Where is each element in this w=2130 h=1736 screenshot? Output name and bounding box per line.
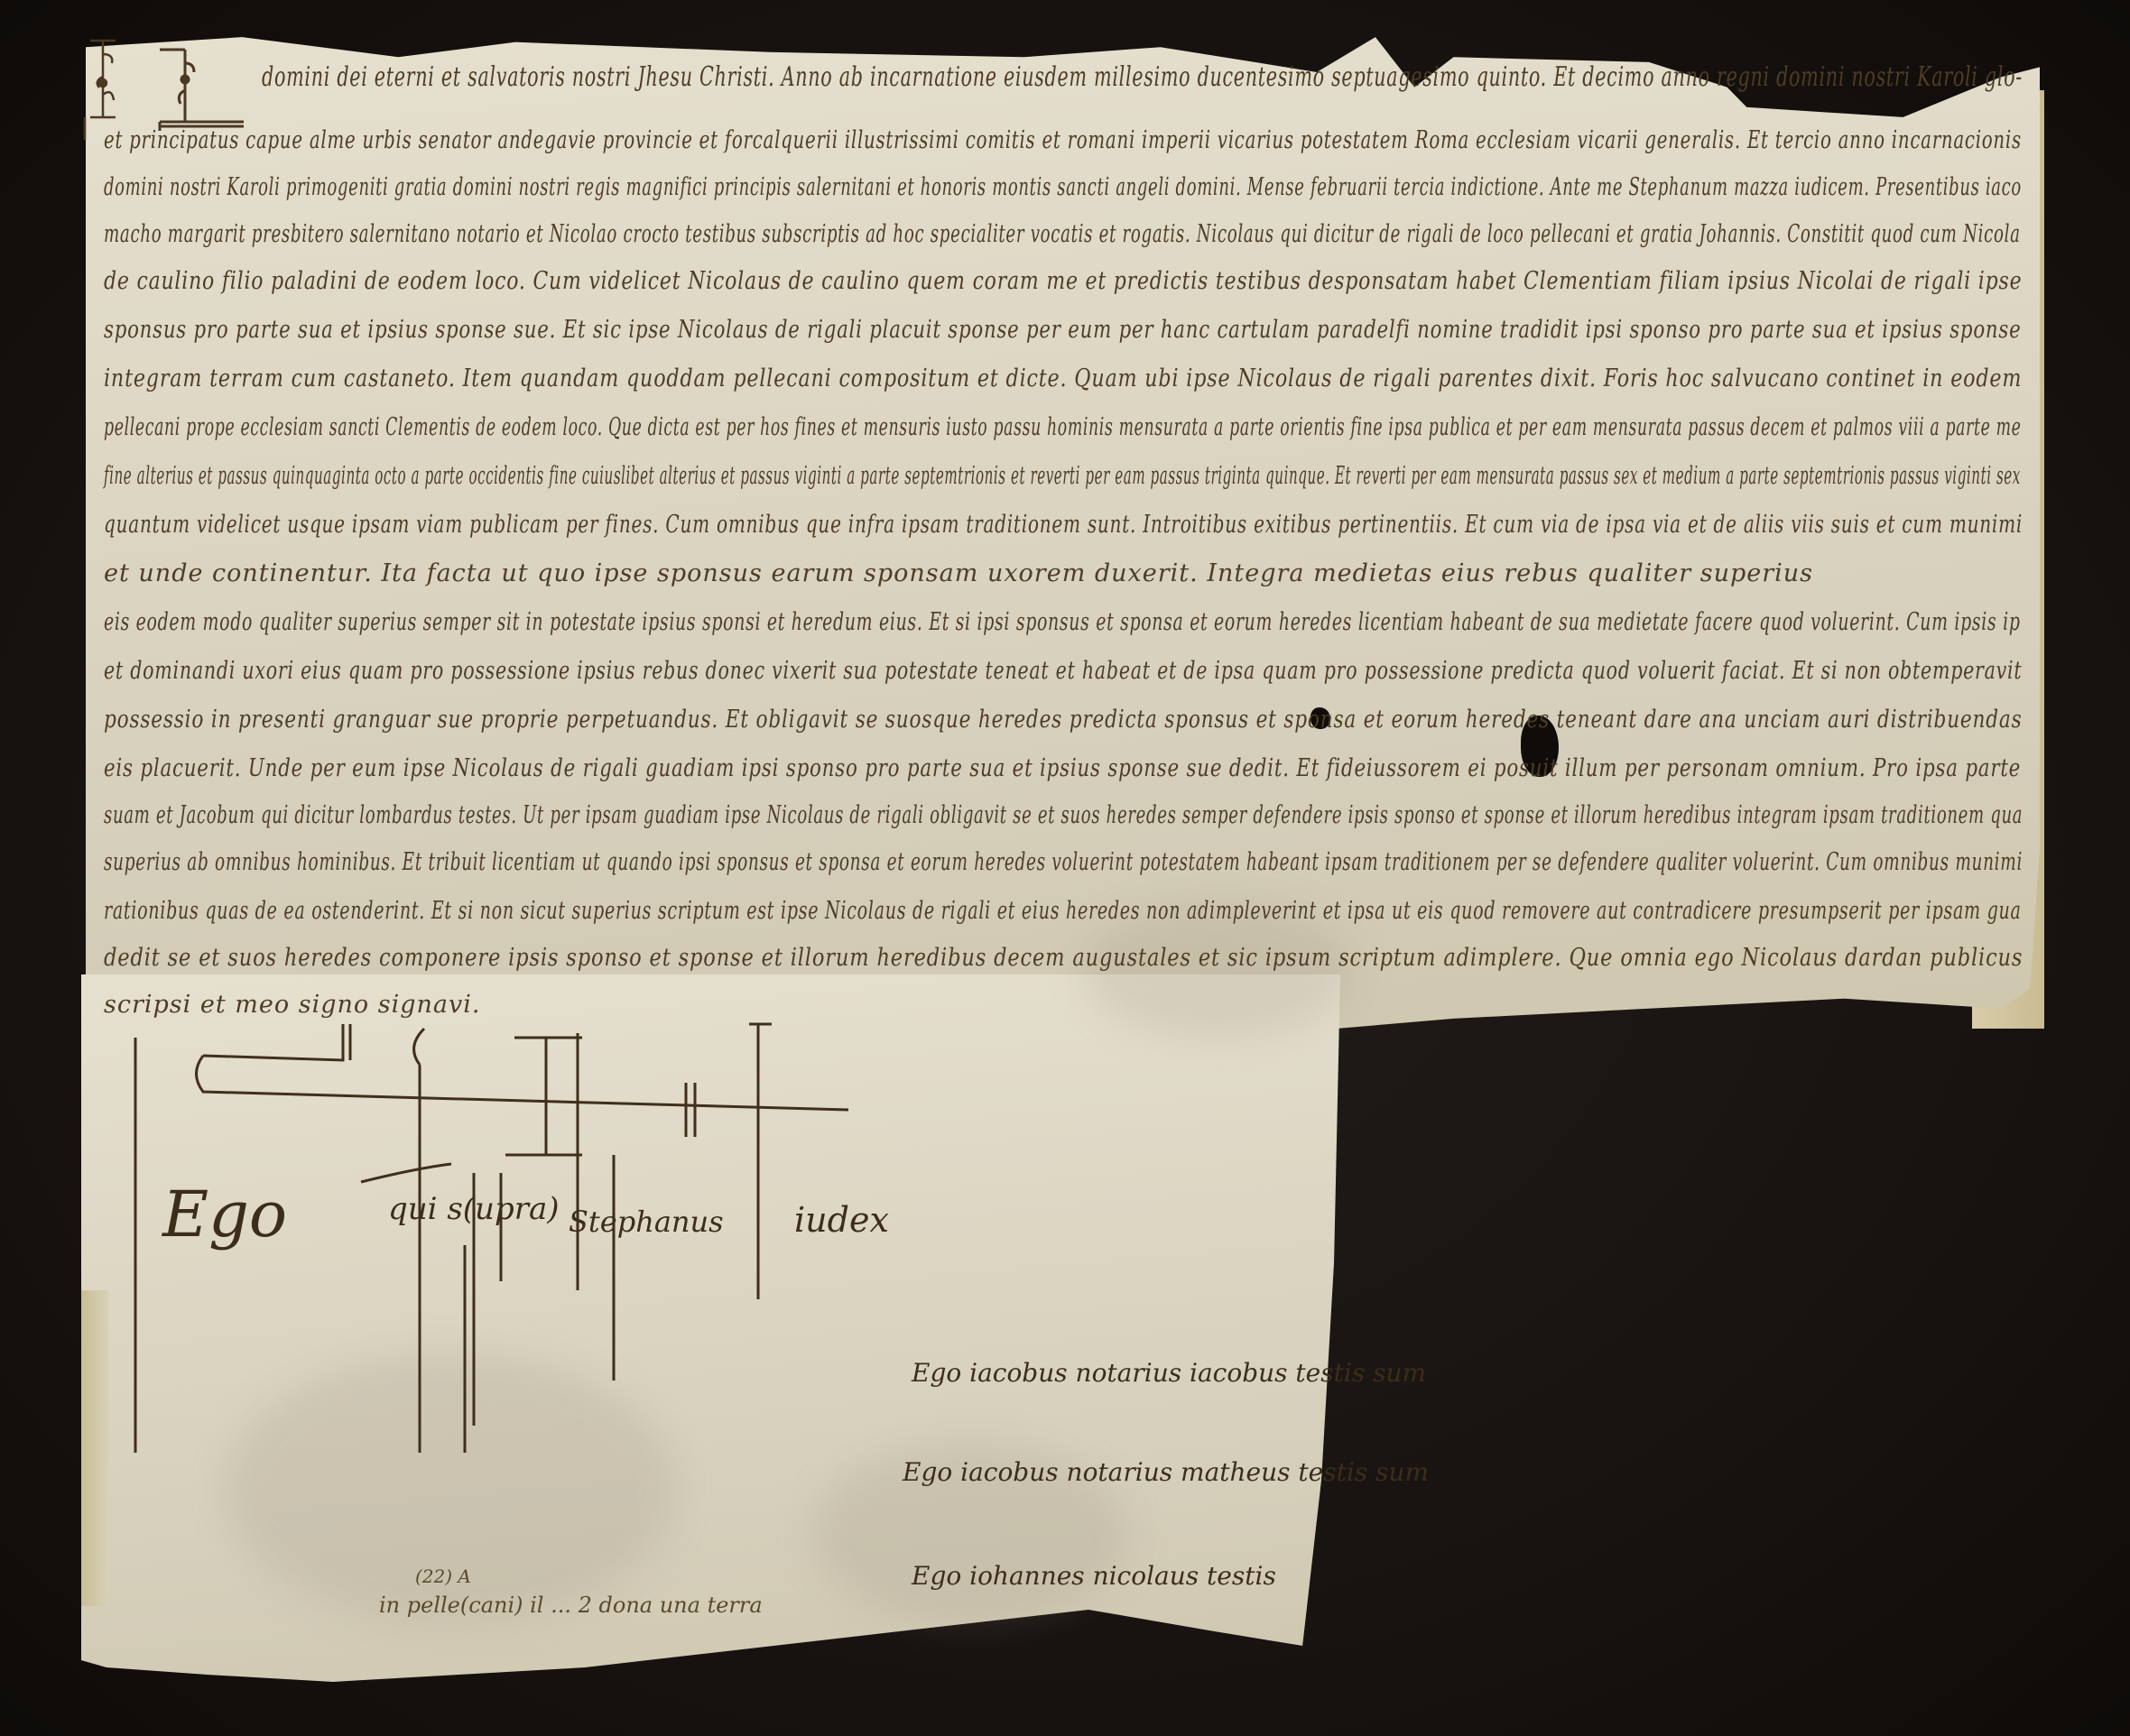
text-line: superius ab omnibus hominibus. Et tribui…	[104, 848, 2023, 876]
subscription-word: iudex	[794, 1200, 889, 1240]
witness-subscription: Ego iacobus notarius matheus testis sum	[903, 1457, 1429, 1487]
text-line: possessio in presenti granguar sue propr…	[104, 706, 2022, 734]
text-line: eis placuerit. Unde per eum ipse Nicolau…	[104, 754, 2021, 782]
text-line: et dominandi uxori eius quam pro possess…	[104, 657, 2022, 685]
text-line: fine alterius et passus quinquaginta oct…	[104, 462, 2021, 490]
text-line: eis eodem modo qualiter superius semper …	[104, 608, 2021, 636]
text-line: quantum videlicet usque ipsam viam publi…	[104, 511, 2023, 539]
text-line: integram terram cum castaneto. Item quan…	[104, 365, 2022, 392]
witness-subscription: Ego iacobus notarius iacobus testis sum	[912, 1358, 1426, 1388]
witness-subscription: Ego iohannes nicolaus testis	[912, 1561, 1276, 1591]
text-line: et principatus capue alme urbis senator …	[104, 126, 2022, 154]
text-line: domini nostri Karoli primogeniti gratia …	[104, 173, 2022, 201]
archival-number: (22) A	[415, 1565, 471, 1587]
text-line: suam et Jacobum qui dicitur lombardus te…	[104, 801, 2023, 829]
subscription-word: qui s(upra)	[388, 1191, 560, 1227]
archival-note: in pelle(cani) il ... 2 dona una terra	[379, 1593, 763, 1618]
text-line: pellecani prope ecclesiam sancti Clement…	[104, 413, 2022, 441]
text-line: et unde continentur. Ita facta ut quo ip…	[104, 559, 1813, 587]
text-line: de caulino filio paladini de eodem loco.…	[104, 267, 2022, 295]
subscription-word: Stephanus	[569, 1205, 724, 1239]
subscription-word: Ego	[162, 1177, 287, 1251]
decorated-initial-icon	[158, 36, 257, 135]
folded-parchment-edge-left	[81, 1290, 108, 1606]
text-line: rationibus quas de ea ostenderint. Et si…	[104, 897, 2022, 925]
text-line: macho margarit presbitero salernitano no…	[104, 220, 2021, 248]
text-line: dedit se et suos heredes componere ipsis…	[104, 944, 2023, 972]
text-line: domini dei eterni et salvatoris nostri J…	[262, 61, 2023, 93]
text-line: sponsus pro parte sua et ipsius sponse s…	[104, 316, 2021, 344]
